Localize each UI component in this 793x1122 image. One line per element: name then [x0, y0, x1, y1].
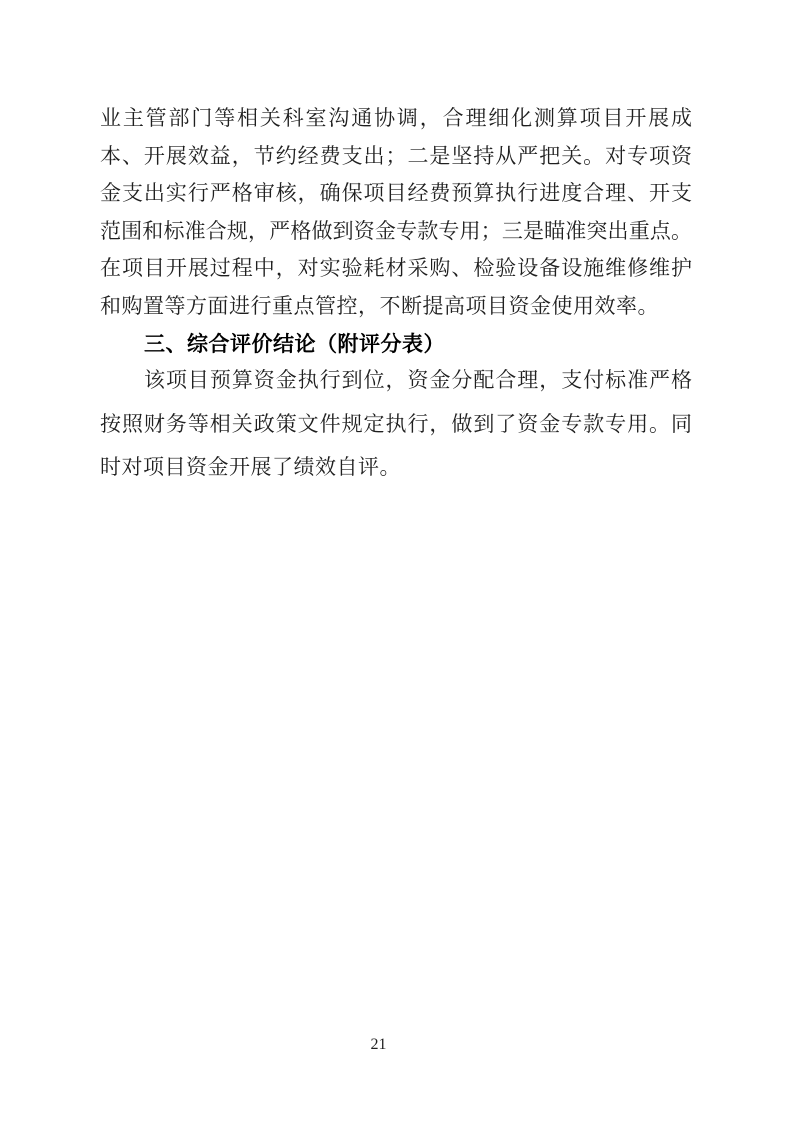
section-heading-comprehensive-evaluation: 三、综合评价结论（附评分表） — [100, 326, 692, 364]
body-text-line: 该项目预算资金执行到位，资金分配合理，支付标准严格 — [100, 359, 692, 403]
body-text-line: 范围和标准合规，严格做到资金专款专用；三是瞄准突出重点。 — [100, 213, 692, 251]
paragraph-evaluation-conclusion: 该项目预算资金执行到位，资金分配合理，支付标准严格 按照财务等相关政策文件规定执… — [100, 359, 692, 490]
page-body-text: 业主管部门等相关科室沟通协调，合理细化测算项目开展成 本、开展效益，节约经费支出… — [100, 100, 692, 490]
body-text-line: 在项目开展过程中，对实验耗材采购、检验设备设施维修维护 — [100, 250, 692, 288]
body-text-line: 本、开展效益，节约经费支出；二是坚持从严把关。对专项资 — [100, 138, 692, 176]
page-number: 21 — [0, 1036, 757, 1054]
document-page: 业主管部门等相关科室沟通协调，合理细化测算项目开展成 本、开展效益，节约经费支出… — [0, 0, 793, 1122]
paragraph-budget-management: 业主管部门等相关科室沟通协调，合理细化测算项目开展成 本、开展效益，节约经费支出… — [100, 100, 692, 326]
body-text-line: 时对项目资金开展了绩效自评。 — [100, 446, 692, 490]
body-text-line: 业主管部门等相关科室沟通协调，合理细化测算项目开展成 — [100, 100, 692, 138]
body-text-line: 按照财务等相关政策文件规定执行，做到了资金专款专用。同 — [100, 403, 692, 447]
body-text-line: 金支出实行严格审核，确保项目经费预算执行进度合理、开支 — [100, 175, 692, 213]
body-text-line: 和购置等方面进行重点管控，不断提高项目资金使用效率。 — [100, 288, 692, 326]
